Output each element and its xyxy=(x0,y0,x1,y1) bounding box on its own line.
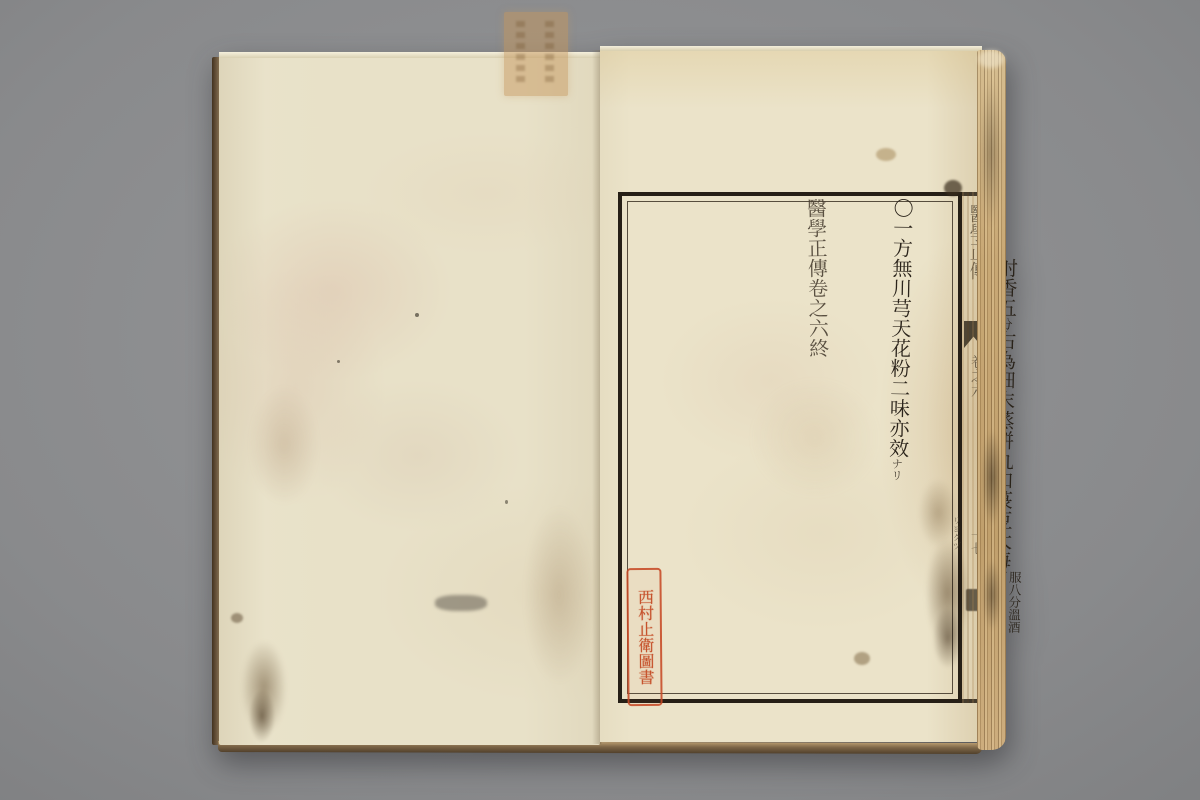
stain xyxy=(231,613,243,623)
kana-reading-mark: ナリ xyxy=(890,458,904,481)
page-top-edge xyxy=(600,46,982,51)
seal-text: 西村止衛圖書 xyxy=(634,589,655,685)
left-page xyxy=(219,55,600,745)
stain xyxy=(876,148,896,161)
stain xyxy=(982,430,1002,525)
stain xyxy=(978,50,1004,68)
stain xyxy=(249,690,275,742)
stain xyxy=(524,505,594,685)
stain xyxy=(980,78,1002,228)
formula-text: 〇一方無川芎天花粉二味亦效 xyxy=(885,198,914,458)
handwritten-colophon: 醫學正傳卷之六終 xyxy=(797,198,831,413)
collector-seal: 西村止衛圖書 xyxy=(626,568,662,706)
stain xyxy=(241,640,287,735)
stain xyxy=(505,500,508,504)
open-book: 醫學正傳卷之六終 〇一方無川芎天花粉二味亦效ナリ 射香五分右為細末蒸餅丸如菉豆大… xyxy=(0,0,1200,800)
stain xyxy=(415,313,419,317)
paper-label xyxy=(504,12,568,96)
fore-edge-page-stack xyxy=(977,50,1006,750)
stain xyxy=(249,385,319,505)
furigana-note: リヨクヅ xyxy=(950,516,962,550)
stain xyxy=(435,595,487,611)
photo-backdrop: 醫學正傳卷之六終 〇一方無川芎天花粉二味亦效ナリ 射香五分右為細末蒸餅丸如菉豆大… xyxy=(0,0,1200,800)
right-page: 醫學正傳卷之六終 〇一方無川芎天花粉二味亦效ナリ 射香五分右為細末蒸餅丸如菉豆大… xyxy=(600,48,980,742)
formula-text-column: 〇一方無川芎天花粉二味亦效ナリ xyxy=(886,198,914,481)
recipe-dose-note-right: 服八分溫酒 xyxy=(1006,570,1022,633)
stain xyxy=(983,560,1001,630)
stain xyxy=(337,360,340,363)
